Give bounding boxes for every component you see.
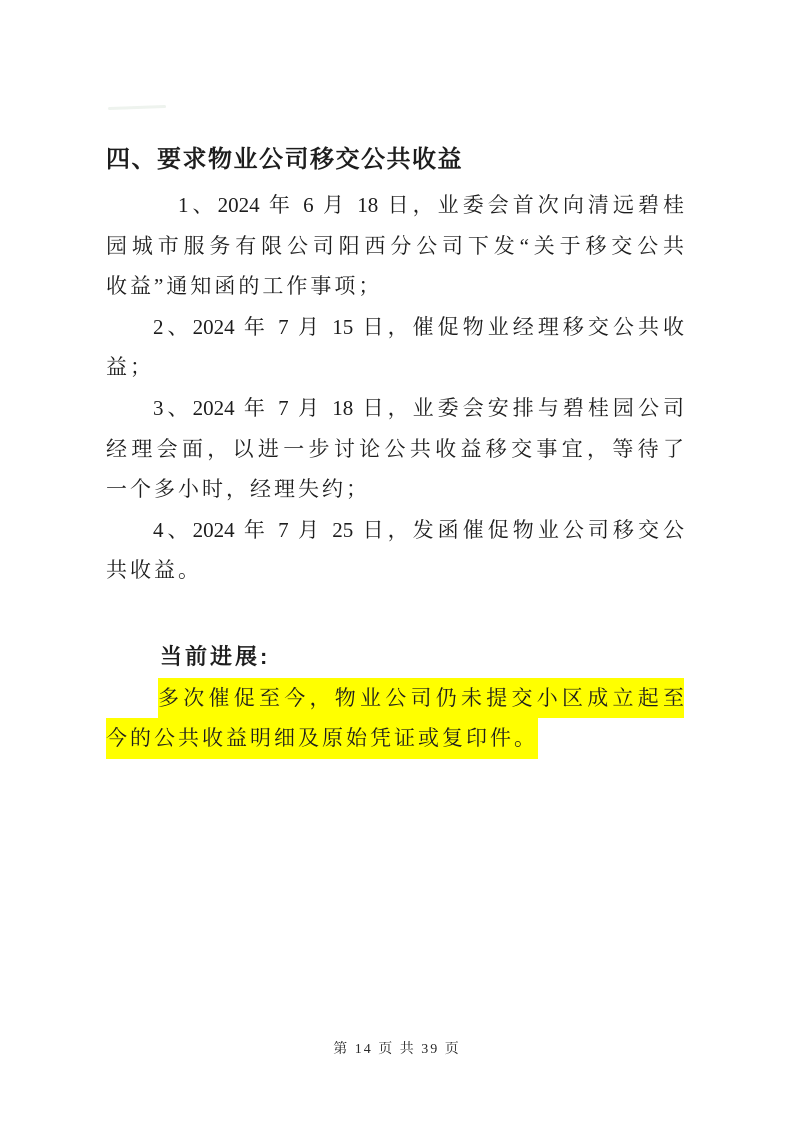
paragraph-2: 2、2024 年 7 月 15 日，催促物业经理移交公共收 益； [106, 307, 684, 388]
text-line: 共收益。 [106, 550, 684, 591]
text-line: 收益”通知函的工作事项； [106, 266, 684, 307]
section-heading: 四、要求物业公司移交公共收益 [106, 145, 684, 175]
text-line: 园城市服务有限公司阳西分公司下发“关于移交公共 [106, 226, 684, 267]
page-footer: 第 14 页 共 39 页 [0, 1038, 794, 1058]
highlighted-text: 今的公共收益明细及原始凭证或复印件。 [106, 718, 538, 759]
text-line: 1、2024 年 6 月 18 日，业委会首次向清远碧桂 [106, 185, 684, 226]
highlighted-text: 多次催促至今，物业公司仍未提交小区成立起至 [158, 678, 684, 719]
paragraph-1: 1、2024 年 6 月 18 日，业委会首次向清远碧桂 园城市服务有限公司阳西… [106, 185, 684, 307]
text-line: 多次催促至今，物业公司仍未提交小区成立起至 [106, 678, 684, 719]
text-line: 3、2024 年 7 月 18 日，业委会安排与碧桂园公司 [106, 388, 684, 429]
text-line: 经理会面，以进一步讨论公共收益移交事宜，等待了 [106, 429, 684, 470]
scan-artifact [108, 105, 166, 110]
paragraph-4: 4、2024 年 7 月 25 日，发函催促物业公司移交公 共收益。 [106, 510, 684, 591]
paragraph-3: 3、2024 年 7 月 18 日，业委会安排与碧桂园公司 经理会面，以进一步讨… [106, 388, 684, 510]
text-line: 4、2024 年 7 月 25 日，发函催促物业公司移交公 [106, 510, 684, 551]
text-line: 一个多小时，经理失约； [106, 469, 684, 510]
page-content: 四、要求物业公司移交公共收益 1、2024 年 6 月 18 日，业委会首次向清… [106, 145, 684, 759]
text-line: 益； [106, 347, 684, 388]
text-line: 今的公共收益明细及原始凭证或复印件。 [106, 718, 684, 759]
text-line: 2、2024 年 7 月 15 日，催促物业经理移交公共收 [106, 307, 684, 348]
document-page: 四、要求物业公司移交公共收益 1、2024 年 6 月 18 日，业委会首次向清… [0, 0, 794, 1123]
progress-label: 当前进展: [106, 637, 684, 678]
highlight-paragraph: 多次催促至今，物业公司仍未提交小区成立起至 今的公共收益明细及原始凭证或复印件。 [106, 678, 684, 759]
